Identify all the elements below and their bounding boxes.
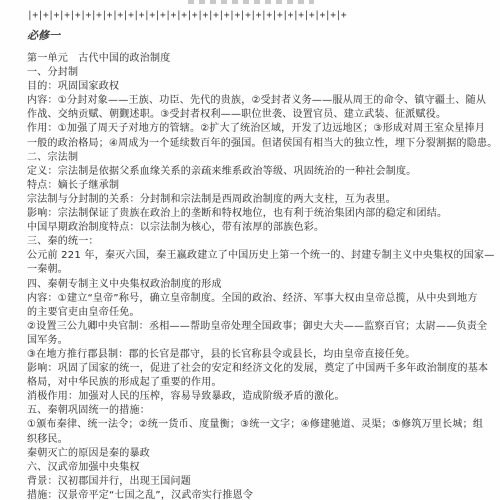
- text-line: 宗法制与分封制的关系：分封制和宗法制是西周政治制度的两大支柱，互为表里。: [27, 193, 489, 207]
- text-line: 消极作用：加强对人民的压榨，容易导致暴政，造成阶级矛盾的激化。: [27, 390, 489, 404]
- text-line: 中国早期政治制度特点：以宗法制为核心，带有浓厚的部族色彩。: [27, 221, 489, 235]
- text-line: 国军务。: [27, 334, 489, 348]
- text-line: 格局，对中华民族的形成起了重要的作用。: [27, 376, 489, 390]
- text-line: 秦朝灭亡的原因是秦的暴政: [27, 447, 489, 461]
- text-line: 公元前 221 年，秦灭六国，秦王嬴政建立了中国历史上第一个统一的、封建专制主义…: [27, 249, 489, 263]
- text-line: ③在地方推行郡县制：郡的长官是郡守，县的长官称县令或县长，均由皇帝直接任免。: [27, 348, 489, 362]
- separator-line: |+|+|+|+|+|+|+|+|+|+|+|+|+|+|+|+|+|+|+|+…: [27, 10, 346, 21]
- text-line: 二、宗法制: [27, 151, 489, 165]
- text-line: 内容：①建立“皇帝”称号，确立皇帝制度。全国的政治、经济、军事大权由皇帝总揽，从…: [27, 292, 489, 306]
- text-line: 四、秦朝专制主义中央集权政治制度的形成: [27, 278, 489, 292]
- text-line: 目的：巩固国家政权: [27, 80, 489, 94]
- cropped-page-title: [188, 0, 314, 4]
- text-line: 措施：汉景帝平定“七国之乱”，汉武帝实行推恩令: [27, 489, 489, 500]
- text-line: 特点：嫡长子继承制: [27, 179, 489, 193]
- text-line: 影响：宗法制保证了贵族在政治上的垄断和特权地位，也有利于统治集团内部的稳定和团结…: [27, 207, 489, 221]
- module-heading: 必修一: [27, 27, 60, 43]
- text-line: 三、秦的统一：: [27, 235, 489, 249]
- text-line: 背景：汉初郡国并行，出现王国问题: [27, 475, 489, 489]
- text-line: 一秦朝。: [27, 263, 489, 277]
- text-line: 作用：①加强了周天子对地方的管辖。②扩大了统治区域，开发了边远地区；③形成对周王…: [27, 122, 489, 136]
- text-line: 定义：宗法制是依据父系血缘关系的亲疏来维系政治等级、巩固统治的一种社会制度。: [27, 165, 489, 179]
- text-line: 第一单元 古代中国的政治制度: [27, 52, 489, 66]
- text-line: 影响：巩固了国家的统一，促进了社会的安定和经济文化的发展，奠定了中国两千多年政治…: [27, 362, 489, 376]
- document-page: |+|+|+|+|+|+|+|+|+|+|+|+|+|+|+|+|+|+|+|+…: [0, 0, 500, 500]
- text-line: ①颁布秦律、统一法令；②统一货币、度量衡；③统一文字；④修建驰道、灵渠；⑤修筑万…: [27, 418, 489, 432]
- text-line: 作战、交纳贡赋、朝觐述职。③受封者权利——职位世袭、设置官员、建立武装、征派赋役…: [27, 108, 489, 122]
- text-line: 内容：①分封对象——王族、功臣、先代的贵族，②受封者义务——服从周王的命令、镇守…: [27, 94, 489, 108]
- text-line: 一、分封制: [27, 66, 489, 80]
- text-line: ②设置三公九卿中央官制：丞相——帮助皇帝处理全国政事；御史大夫——监察百官；太尉…: [27, 320, 489, 334]
- document-content: 第一单元 古代中国的政治制度一、分封制目的：巩固国家政权内容：①分封对象——王族…: [27, 52, 489, 500]
- text-line: 五、秦朝巩固统一的措施：: [27, 404, 489, 418]
- text-line: 六、汉武帝加强中央集权: [27, 461, 489, 475]
- text-line: 的主要官吏由皇帝任免。: [27, 306, 489, 320]
- text-line: 织移民。: [27, 433, 489, 447]
- text-line: 一般的政治格局；④周成为一个延续数百年的强国。但诸侯国有相当大的独立性，埋下分裂…: [27, 137, 489, 151]
